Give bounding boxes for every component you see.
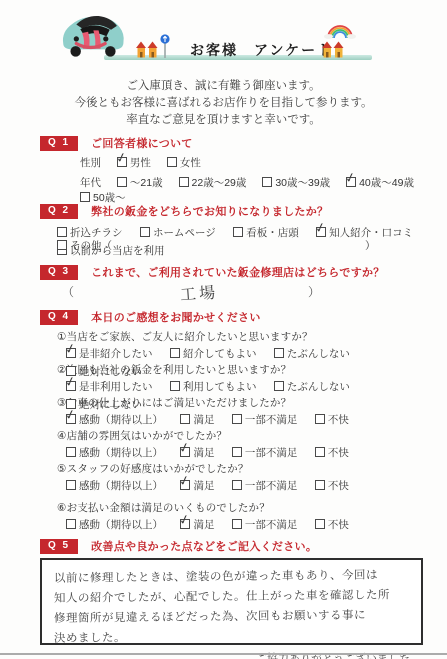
option-label: 22歳～29歳 [192,177,247,189]
option-label: たぶんしない [287,348,350,360]
houses-icon [322,41,344,63]
option: 是非利用したい [66,381,153,393]
checkbox-icon [274,348,284,358]
q4-item-question: ⑤スタッフの好感度はいかがでしたか？ [57,461,447,474]
checkbox-icon [66,480,76,490]
gender-row: 性別 男性 女性 [80,155,447,171]
checkbox-icon [66,447,76,457]
option-label: 感動（期待以上） [79,414,163,426]
option: 満足 [180,480,214,492]
option: 満足 [180,519,214,531]
checkbox-icon [66,519,76,529]
option: 感動（期待以上） [66,447,163,459]
q4-badge: Q 4 [40,310,78,325]
section-q2: Q 2 弊社の鈑金をどちらでお知りになりましたか？ 折込チラシ ホームページ 看… [0,203,447,252]
option-label: 感動（期待以上） [79,447,163,459]
option-label: 一部不満足 [245,447,298,459]
option: 不快 [315,447,349,459]
greeting-line: 率直なご意見を頂けますと幸いです。 [0,112,447,129]
checkbox-icon [233,227,243,237]
q3-badge: Q 3 [40,265,78,280]
checkbox-icon [346,177,356,187]
greeting-line: ご入庫頂き、誠に有難う御座います。 [0,78,447,95]
item-question-text: 店舗の雰囲気はいかがでしたか？ [67,430,228,442]
handwritten-comment-line: 決めました。 [54,625,409,649]
car-icon [58,10,130,65]
q1-badge: Q 1 [40,136,78,151]
gender-label: 性別 [80,155,114,170]
option-label: 一部不満足 [245,414,298,426]
item-question-text: お車の仕上がりにはご満足いただけましたか？ [67,397,292,409]
option-label: 男性 [130,157,151,169]
q4-item-options: 感動（期待以上） 満足 一部不満足 不快 [66,515,447,529]
checkbox-icon [66,414,76,424]
option: 一部不満足 [232,519,298,531]
option-label: 不快 [328,414,349,426]
option-label: ～21歳 [130,177,163,189]
option: 感動（期待以上） [66,480,163,492]
checkbox-icon [232,480,242,490]
option-label: 満足 [193,519,214,531]
q4-item-options: 感動（期待以上） 満足 一部不満足 不快 [66,410,447,424]
survey-page: お客様 アンケート ご入庫頂き、誠に有難う御座います。 [0,0,447,659]
option-label: その他（ [70,240,112,252]
option-label: 不快 [328,447,349,459]
checkbox-icon [117,157,127,167]
item-question-text: お支払い金額は満足のいくものでしたか？ [67,502,270,514]
option: 22歳～29歳 [179,177,247,189]
section-q4: Q 4 本日のご感想をお聞かせください ①当店をご家族、ご友人に紹介したいと思い… [0,309,447,529]
option-label: 一部不満足 [245,480,298,492]
option: 男性 [117,157,151,169]
option-label: 不快 [328,480,349,492]
option: 一部不満足 [232,447,298,459]
checkbox-icon [180,414,190,424]
header: お客様 アンケート [0,0,447,76]
item-number: ⑤ [57,463,67,475]
option: たぶんしない [274,348,350,360]
section-q3: Q 3 これまで、ご利用されていた鈑金修理店はどちらですか？ （ 工場 ） [0,264,447,307]
option: たぶんしない [274,381,350,393]
q5-badge: Q 5 [40,539,78,554]
checkbox-icon [180,480,190,490]
other-close-paren: ） [365,238,376,253]
comment-box: 以前に修理したときは、塗装の色が違った車もあり、今回は 知人の紹介でしたが、心配… [40,558,423,645]
houses-icon [136,41,158,63]
option-label: 女性 [180,157,201,169]
q1-title: ご回答者様について [91,135,192,151]
q4-item-question: ④店舗の雰囲気はいかがでしたか？ [57,428,447,441]
item-question-text: 当店をご家族、ご友人に紹介したいと思いますか？ [67,331,313,343]
checkbox-icon [232,519,242,529]
option-label: 是非利用したい [79,381,153,393]
checkbox-icon [117,177,127,187]
option: 感動（期待以上） [66,414,163,426]
checkbox-icon [274,381,284,391]
option-label: 40歳～49歳 [359,177,414,189]
item-number: ⑥ [57,502,67,514]
option-label: 利用してもよい [183,381,257,393]
q2-options-row: 折込チラシ ホームページ 看板・店頭 知人紹介・口コミ 以前から当店を利用 [57,223,447,237]
option-label: 是非紹介したい [79,348,153,360]
checkbox-icon [315,480,325,490]
checkbox-icon [315,414,325,424]
option: 利用してもよい [170,381,257,393]
option-label: 30歳～39歳 [275,177,330,189]
option-label: 不快 [328,519,349,531]
section-q5: Q 5 改善点や良かった点などをご記入ください。 以前に修理したときは、塗装の色… [0,538,447,645]
open-paren: （ [62,285,74,299]
checkbox-icon [315,519,325,529]
road-sign-icon [160,34,170,63]
option-other: その他（ [57,240,112,252]
option-label: 満足 [193,414,214,426]
option-label: 紹介してもよい [183,348,257,360]
option: 是非紹介したい [66,348,153,360]
item-number: ④ [57,430,67,442]
option: 紹介してもよい [170,348,257,360]
item-question-text: 次回も当社の鈑金を利用したいと思いますか？ [67,364,292,376]
section-q1: Q 1 ご回答者様について 性別 男性 女性 年代 ～21歳 22歳～29歳 3… [0,135,447,191]
option-label: 感動（期待以上） [79,480,163,492]
option: 30歳～39歳 [262,177,330,189]
option-label: 満足 [193,480,214,492]
q4-item-question: ③お車の仕上がりにはご満足いただけましたか？ [57,395,447,408]
checkbox-icon [66,381,76,391]
option: 不快 [315,414,349,426]
checkbox-icon [315,447,325,457]
age-row: 年代 ～21歳 22歳～29歳 30歳～39歳 40歳～49歳 50歳～ [80,175,447,191]
q4-item-question: ①当店をご家族、ご友人に紹介したいと思いますか？ [57,329,447,342]
q4-item-question: ⑥お支払い金額は満足のいくものでしたか？ [57,500,447,513]
checkbox-icon [170,348,180,358]
option: 一部不満足 [232,480,298,492]
q4-title: 本日のご感想をお聞かせください [91,309,261,325]
option: 女性 [167,157,201,169]
option: ～21歳 [117,177,163,189]
checkbox-icon [170,381,180,391]
q4-item-options: 是非紹介したい 紹介してもよい たぶんしない 絶対にしない [66,344,447,358]
page-title: お客様 アンケート [190,40,333,60]
greeting-line: 今後ともお客様に喜ばれるお店作りを目指して参ります。 [0,95,447,112]
checkbox-icon [140,227,150,237]
q4-item-options: 是非利用したい 利用してもよい たぶんしない 絶対にしない [66,377,447,391]
option: 一部不満足 [232,414,298,426]
q4-item-question: ②次回も当社の鈑金を利用したいと思いますか？ [57,362,447,375]
option: 満足 [180,414,214,426]
checkbox-icon [232,447,242,457]
greeting: ご入庫頂き、誠に有難う御座います。 今後ともお客様に喜ばれるお店作りを目指して参… [0,78,447,129]
checkbox-icon [316,227,326,237]
option-label: 一部不満足 [245,519,298,531]
checkbox-icon [167,157,177,167]
bottom-divider [0,653,447,655]
handwritten-answer: 工場 [179,280,219,306]
close-paren: ） [308,283,320,300]
checkbox-icon [262,177,272,187]
checkbox-icon [80,192,90,202]
option: 感動（期待以上） [66,519,163,531]
q2-badge: Q 2 [40,204,78,219]
option: 不快 [315,519,349,531]
checkbox-icon [57,240,67,250]
option-label: 満足 [193,447,214,459]
q3-title: これまで、ご利用されていた鈑金修理店はどちらですか？ [91,264,384,280]
q4-item-options: 感動（期待以上） 満足 一部不満足 不快 [66,443,447,457]
option: 満足 [180,447,214,459]
checkbox-icon [180,447,190,457]
q4-item-options: 感動（期待以上） 満足 一部不満足 不快 [66,476,447,490]
checkbox-icon [179,177,189,187]
q2-other-row: その他（ ） [57,238,447,252]
option-label: たぶんしない [287,381,350,393]
option-label: 感動（期待以上） [79,519,163,531]
checkbox-icon [180,519,190,529]
age-label: 年代 [80,175,114,190]
q2-title: 弊社の鈑金をどちらでお知りになりましたか？ [91,203,328,219]
checkbox-icon [57,227,67,237]
item-question-text: スタッフの好感度はいかがでしたか？ [67,463,249,475]
option: 不快 [315,480,349,492]
checkbox-icon [232,414,242,424]
q3-answer-row: （ 工場 ） [62,283,447,307]
option: 40歳～49歳 [346,177,414,189]
q5-title: 改善点や良かった点などをご記入ください。 [91,538,317,554]
checkbox-icon [66,348,76,358]
